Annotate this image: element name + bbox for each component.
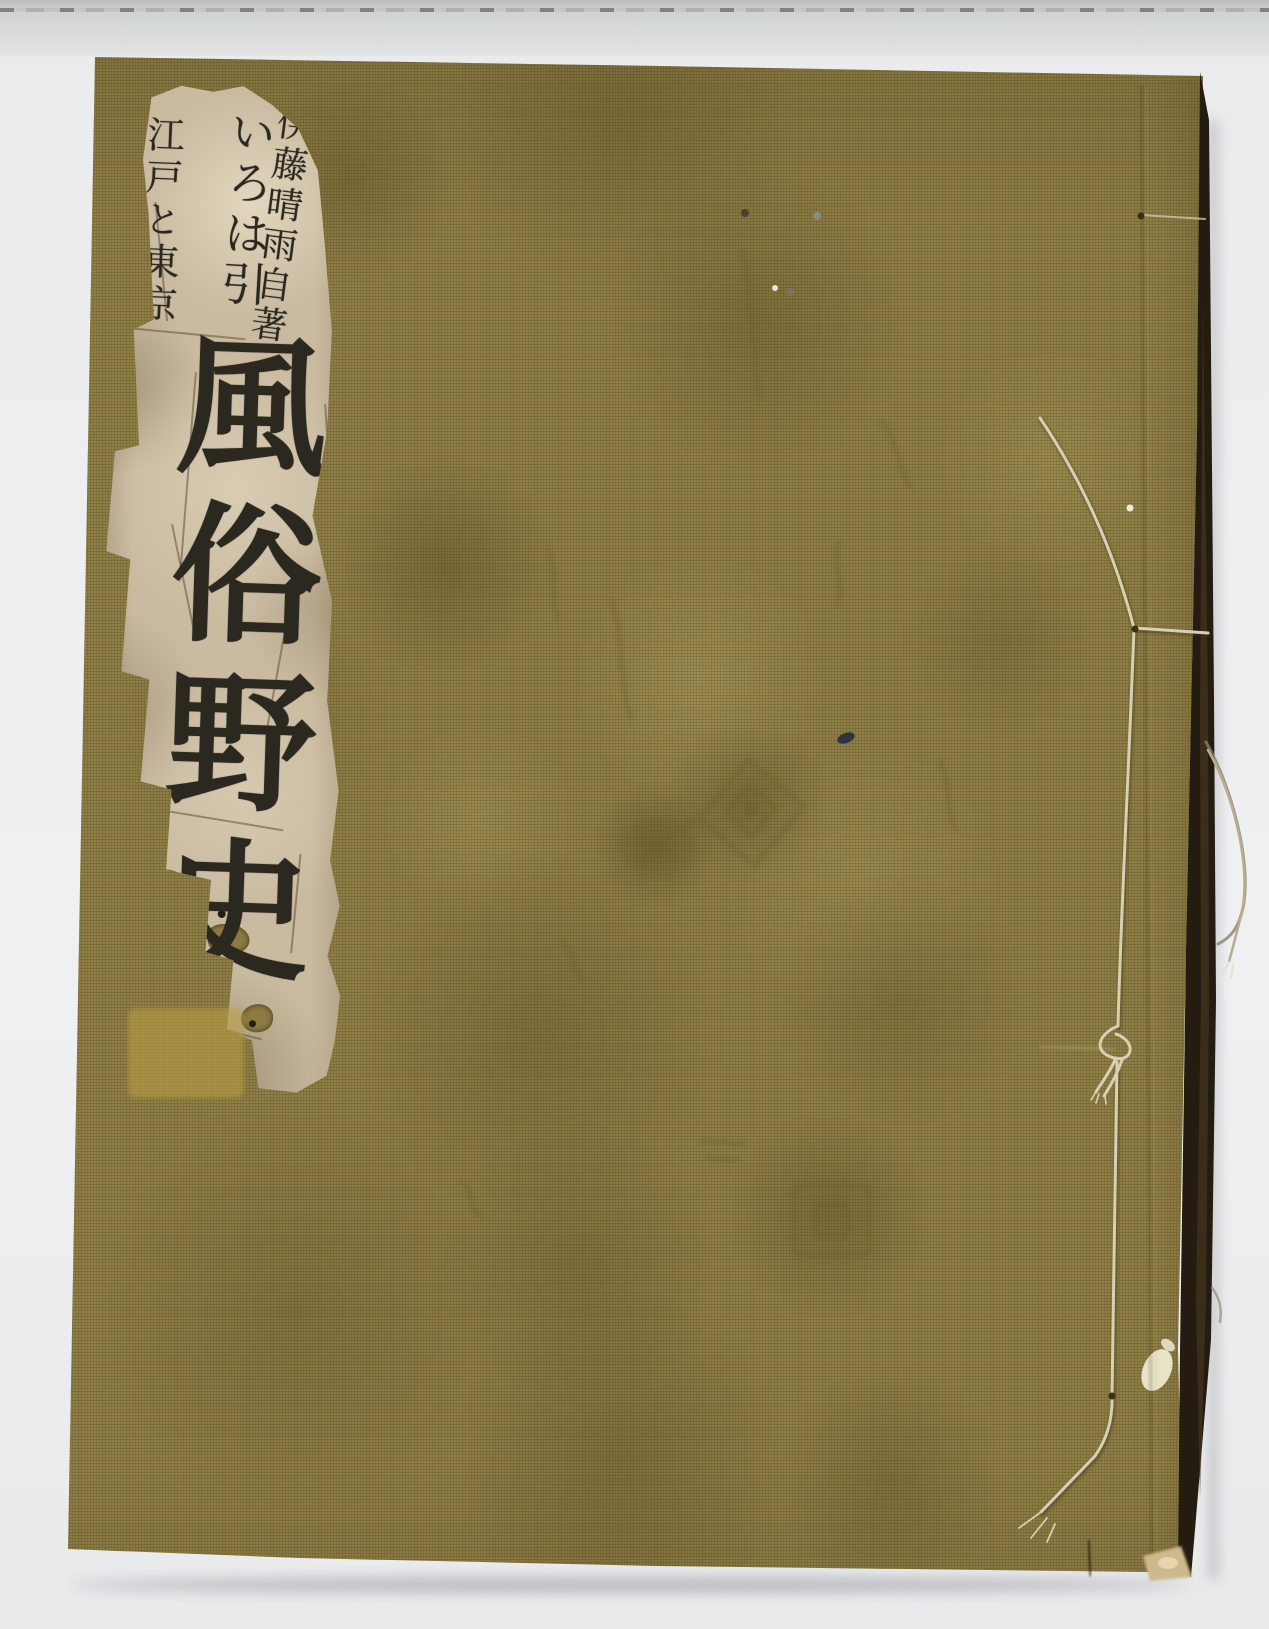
scanner-top-band-line	[0, 8, 1269, 12]
label-index-column: いろは引	[217, 107, 275, 312]
book-bottom-shadow	[70, 1578, 1190, 1592]
book-right-shadow	[1209, 120, 1218, 1580]
label-glue-stain	[128, 1008, 244, 1098]
label-tear-hole	[241, 1004, 273, 1032]
scanner-top-band	[0, 0, 1269, 56]
book-cover-scan: 伊藤晴雨自著 いろは引 江戸と東京 風俗野史	[0, 0, 1269, 1629]
label-ink-spot	[249, 1020, 256, 1027]
